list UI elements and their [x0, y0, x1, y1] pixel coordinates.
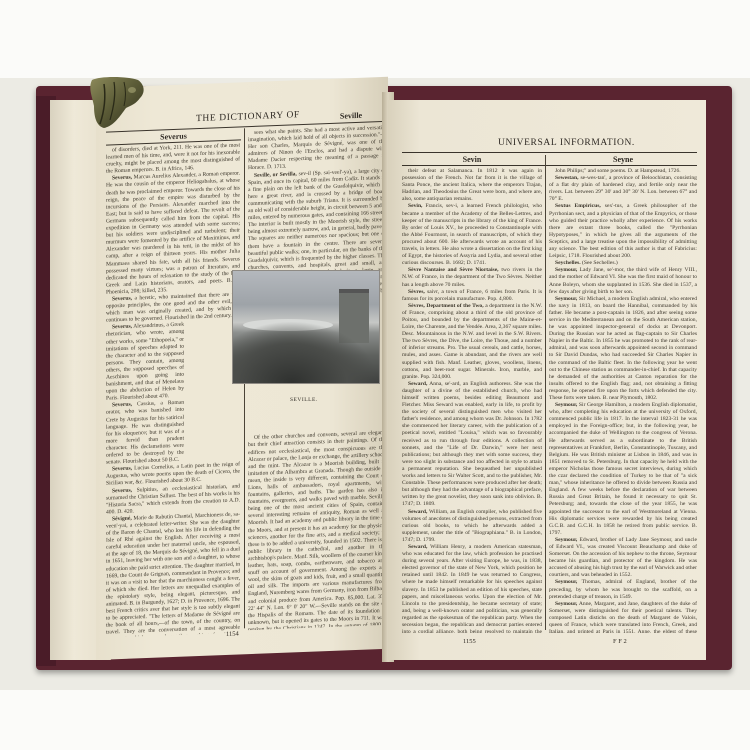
entry-sevre-rivers: Sèvre Nantaise and Sèvre Niortaise, two … [402, 267, 542, 288]
entry-severus-heretic: Severus, a heretic, who maintained that … [106, 291, 240, 325]
entry-seward-anna: Seward, Anna, se'-ard, an English author… [402, 381, 542, 509]
entry: sees what she paints. She had a most act… [248, 125, 386, 173]
foreground-hill [233, 321, 379, 383]
entry-sextus-empiricus: Sextus Empiricus, sex'-tus, a Greek phil… [549, 203, 697, 260]
foreground-background [0, 690, 750, 750]
column-head-rule [402, 165, 697, 166]
brass-hand-bookmark-icon [86, 76, 148, 130]
running-head-right: UNIVERSAL INFORMATION. [498, 138, 635, 148]
right-column-2: John Philips;" and some poems. D. at Ham… [549, 168, 697, 633]
page-number-left: 1154 [226, 631, 239, 638]
running-head-left: THE DICTIONARY OF [196, 110, 300, 124]
entry-seymour-george: Seymour, Sir George Hamilton, a modern E… [549, 402, 697, 537]
entry-sevres: Sèvres, saivr, a town of France, 6 miles… [402, 289, 542, 303]
entry-seville-continued: Of the other churches and convents, seve… [248, 430, 386, 630]
column-head-seville: Seville [316, 110, 386, 122]
right-page: UNIVERSAL INFORMATION. Sevin Seyne their… [388, 100, 706, 660]
entry-seward-william: Seward, William, an English compiler, wh… [402, 509, 542, 544]
entry-seymour-michael: Seymour, Sir Michael, a modern English a… [549, 296, 697, 402]
column-head-sevin: Sevin [402, 155, 542, 164]
entry-severus-cassius: Severus, Cassius, a Roman orator, who wa… [106, 400, 184, 467]
entry-sevin: Sevin, Francis, sev-i, a learned French … [402, 203, 542, 267]
entry-seymour-thomas: Seymour, Thomas, admiral of England, bro… [549, 579, 697, 600]
right-column-1: their defeat at Salamanca. In 1812 it wa… [402, 168, 542, 633]
column-head-seyne: Seyne [548, 155, 698, 164]
entry-sevres-department: Sèvres, Department of the Two, a departm… [402, 303, 542, 381]
column-divider [545, 155, 546, 630]
entry-seymour-sisters: Seymour, Anne, Margaret, and Jane, daugh… [549, 601, 697, 633]
entry-seymour-jane: Seymour, Lady Jane, se'-mor, the third w… [549, 267, 697, 295]
left-column-1: of disorders, died at York, 211. He was … [106, 142, 240, 637]
entry: their defeat at Salamanca. In 1812 it wa… [402, 168, 542, 203]
entry-severus-alexander: Severus, Marcus Aurelius Alexander, a Ro… [106, 171, 240, 297]
entry-seymour-edward: Seymour, Edward, brother of Lady Jane Se… [549, 537, 697, 580]
entry-severus-alexandrinus: Severus, Alexandrinus, a Greek rhetorici… [106, 322, 184, 403]
entry-seward-william-henry: Seward, William Henry, a modern American… [402, 544, 542, 633]
illustration-caption: SEVILLE. [290, 397, 318, 403]
seville-engraving [232, 270, 380, 384]
signature-mark: F F 2 [613, 638, 627, 645]
page-number-right: 1155 [463, 638, 476, 645]
wall-background [0, 0, 750, 78]
entry-sevigne: Sévigné, Marie de Rabutin Chantal, March… [106, 511, 240, 637]
header-rule [402, 152, 697, 153]
entry-sewestan: Sewestan, se-wes-tan', a province of Bel… [549, 175, 697, 203]
